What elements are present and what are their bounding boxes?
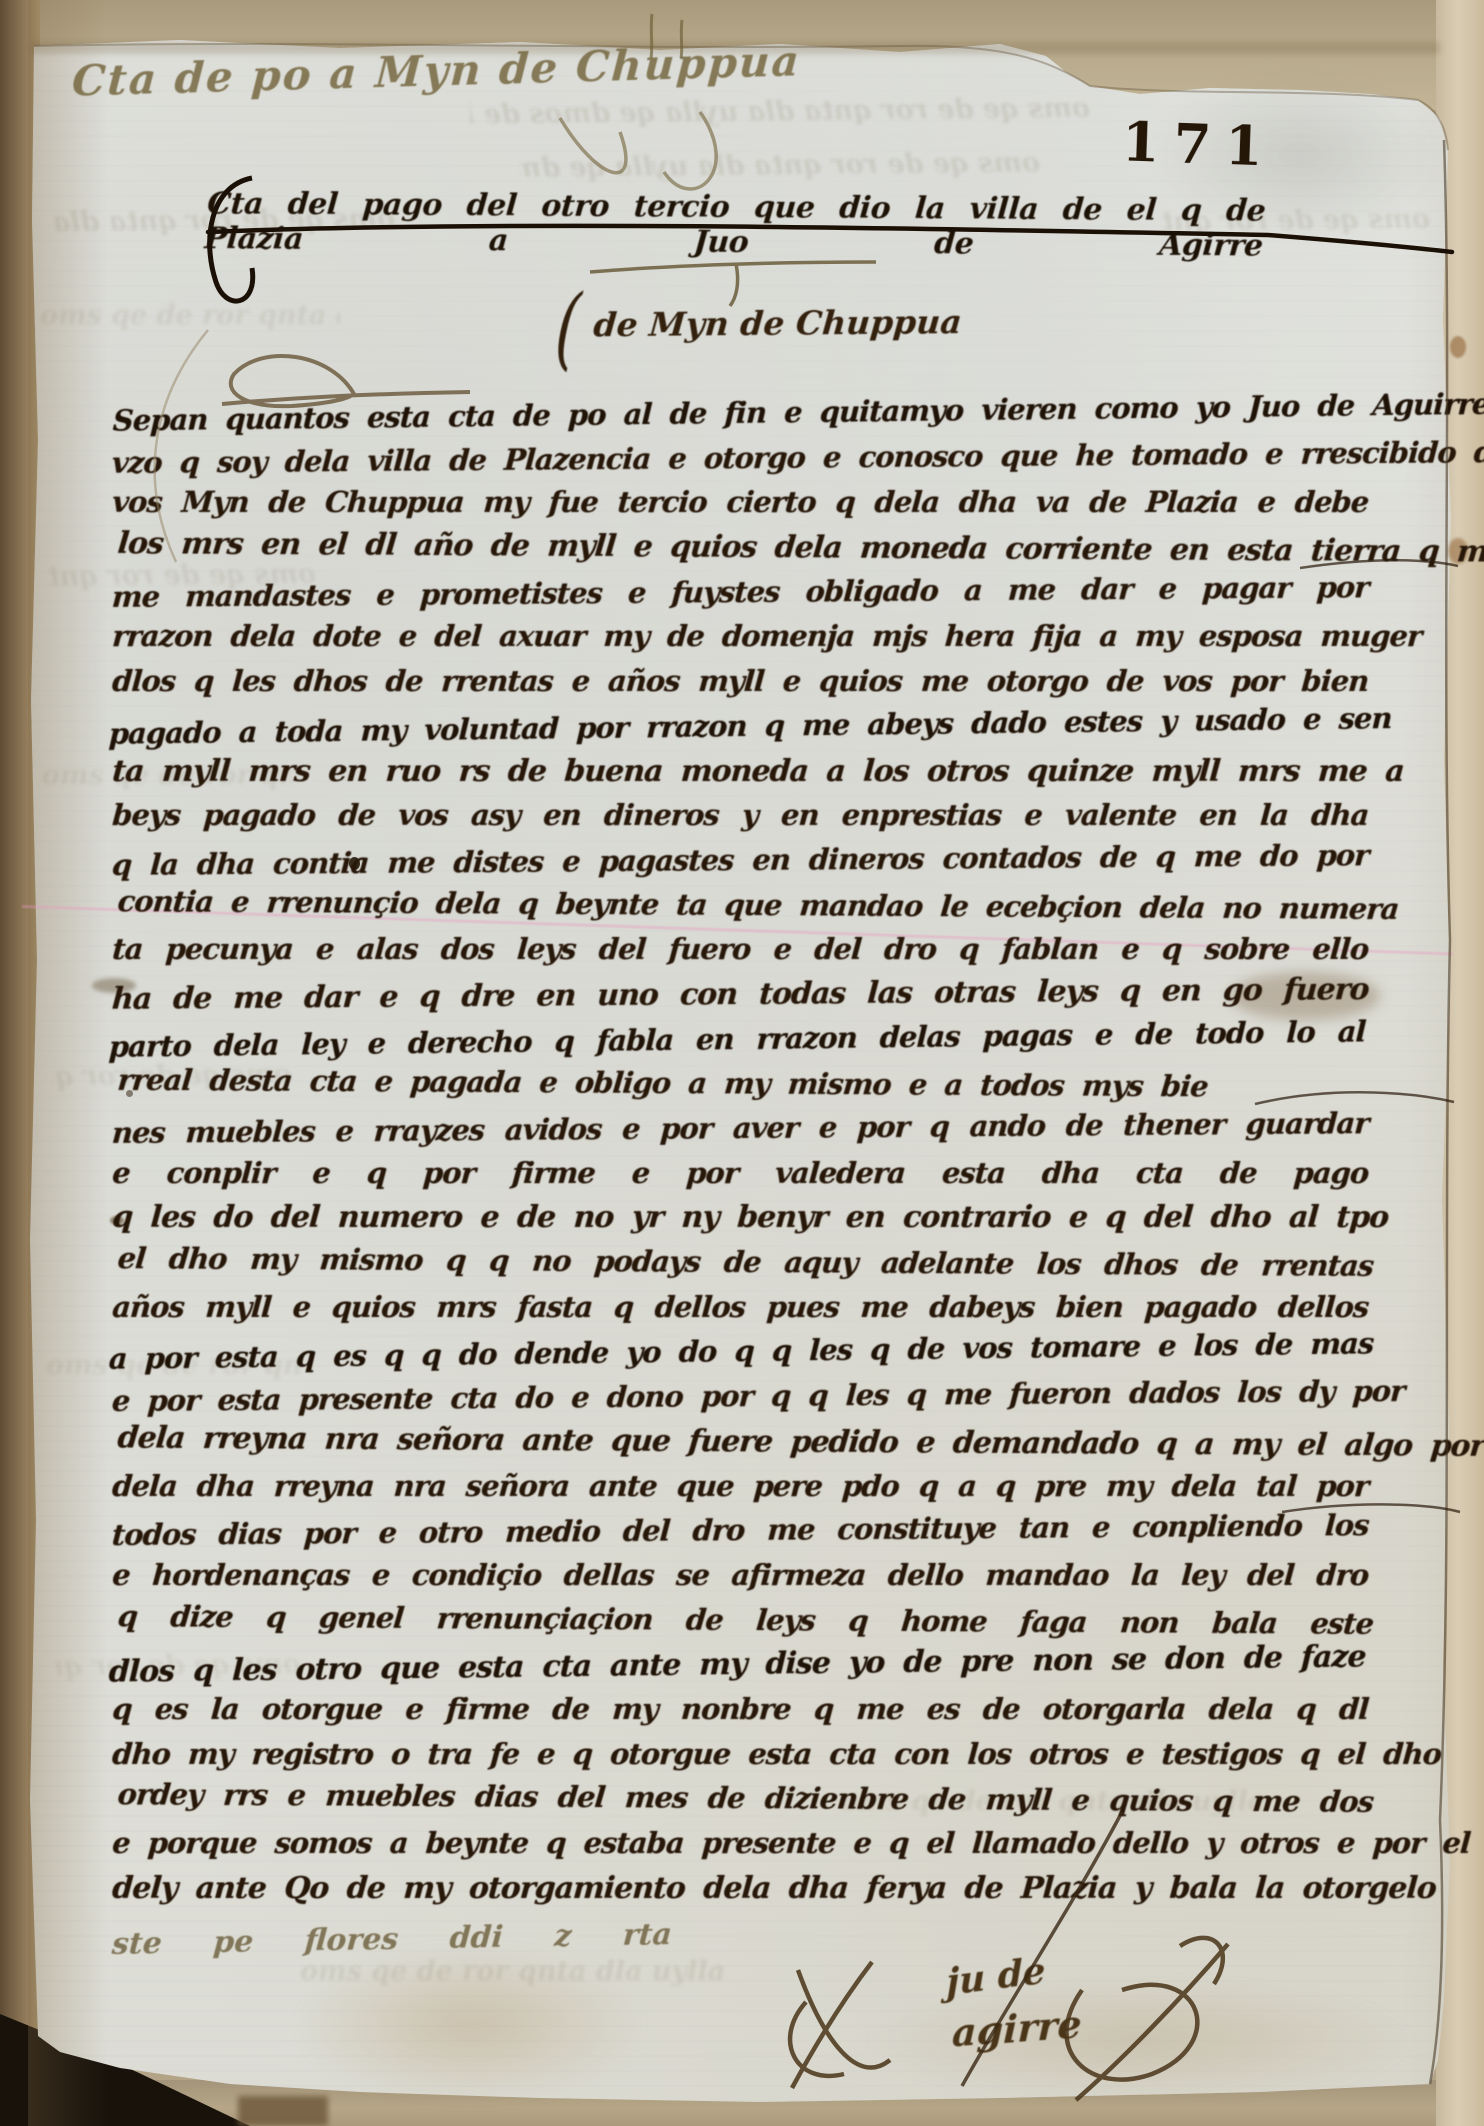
manuscript-line: dela rreyna nra señora ante que fuere pe… <box>115 1420 1249 1472</box>
manuscript-line: nes muebles e rrayzes avidos e por aver … <box>110 1106 1369 1161</box>
manuscript-line: dlos q les otro que esta cta ante my dis… <box>108 1640 1367 1700</box>
signature-name-line2: agirre <box>951 2001 1082 2055</box>
manuscript-line: me mandastes e prometistes e fuystes obl… <box>110 570 1369 625</box>
manuscript-line: dela dha rreyna nra señora ante que pere… <box>110 1469 1369 1514</box>
manuscript-line: ta myll mrs en ruo rs de buena moneda a … <box>110 754 1218 799</box>
manuscript-line: dho my registro o tra fe e q otorgue est… <box>110 1737 1369 1782</box>
manuscript-line: rreal desta cta e pagada e obligo a my m… <box>115 1063 1199 1114</box>
manuscript-scan: oms qe de ror qnta dla uylla qe dmos de … <box>0 0 1484 2126</box>
manuscript-line: ta pecunya e alas dos leys del fuero e d… <box>110 932 1369 977</box>
manuscript-line: el dho my mismo q q no podays de aquy ad… <box>115 1241 1374 1293</box>
folio-number: 171 <box>1121 109 1278 178</box>
manuscript-line: e hordenanças e condiçio dellas se afirm… <box>110 1558 1369 1603</box>
subtitle-text: de Myn de Chuppua <box>592 302 963 344</box>
subtitle-line: (de Myn de Chuppua <box>553 290 964 364</box>
manuscript-line: dlos q les dhos de rrentas e años myll e… <box>110 664 1369 709</box>
manuscript-line: todos dias por e otro medio del dro me c… <box>110 1508 1369 1563</box>
manuscript-line: pagado a toda my voluntad por rrazon q m… <box>108 701 1367 761</box>
manuscript-line: ordey rrs e muebles dias del mes de dizi… <box>115 1778 1374 1830</box>
manuscript-line: dely ante Qo de my otorgamiento dela dha… <box>110 1871 1118 1916</box>
bottom-edge-stain <box>238 2096 328 2126</box>
manuscript-line: q les do del numero e de no yr ny benyr … <box>110 1200 1369 1245</box>
manuscript-line: q es la otorgue e firme de my nonbre q m… <box>110 1692 1369 1737</box>
struck-through-heading: Cta del pago del otro tercio que dio la … <box>203 186 1266 263</box>
manuscript-line: vzo q soy dela villa de Plazencia e otor… <box>110 436 1369 491</box>
manuscript-line: e porque somos a beynte q estaba present… <box>110 1826 1369 1871</box>
manuscript-line: e por esta presente cta do e dono por q … <box>110 1374 1369 1429</box>
body-text-block: Sepan quantos esta cta de po al de fin e… <box>112 396 1368 1915</box>
manuscript-line: vos Myn de Chuppua my fue tercio cierto … <box>110 485 1369 530</box>
manuscript-line: beys pagado de vos asy en dineros y en e… <box>110 798 1369 843</box>
manuscript-line: rrazon dela dote e del axuar my de domen… <box>110 619 1369 664</box>
manuscript-line: e conplir e q por firme e por valedera e… <box>110 1156 1369 1201</box>
manuscript-line: contia e rrenunçio dela q beynte ta que … <box>115 884 1374 936</box>
